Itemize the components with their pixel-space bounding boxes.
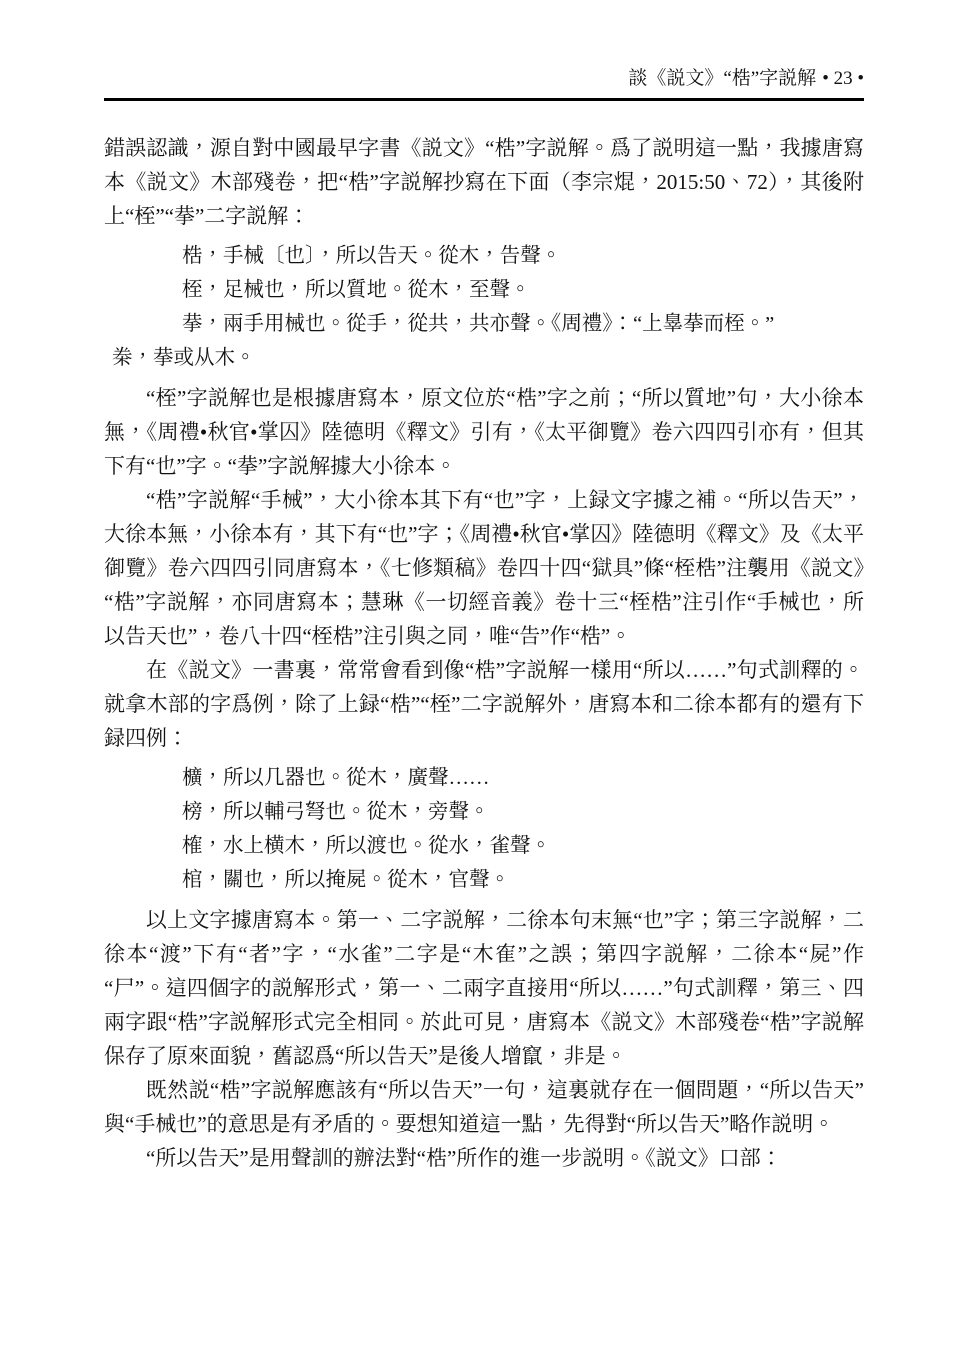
- quote-line: 榷，水上横木，所以渡也。從水，雀聲。: [112, 829, 864, 863]
- quote-line: 棺，關也，所以掩屍。從木，官聲。: [112, 863, 864, 897]
- page-number-label: • 23 •: [822, 68, 864, 89]
- paragraph-gu-note: “梏”字説解“手械”，大小徐本其下有“也”字，上録文字據之補。“所以告天”，大徐…: [104, 483, 864, 653]
- quote-line: 桎，足械也，所以質地。從木，至聲。: [112, 273, 864, 307]
- paragraph-contradiction: 既然説“梏”字説解應該有“所以告天”一句，這裏就存在一個問題，“所以告天”與“手…: [104, 1073, 864, 1141]
- quote-line: 拲，兩手用械也。從手，從共，共亦聲。《周禮》：“上辠拲而桎。”: [112, 307, 864, 341]
- header-rule: [104, 98, 864, 101]
- paragraph-comparison: 以上文字據唐寫本。第一、二字説解，二徐本句末無“也”字；第三字説解，二徐本“渡”…: [104, 903, 864, 1073]
- paragraph-shengxun: “所以告天”是用聲訓的辦法對“梏”所作的進一步説明。《説文》口部：: [104, 1141, 864, 1175]
- running-title: 談《説文》“梏”字説解: [628, 68, 816, 89]
- paragraph-intro: 錯誤認識，源自對中國最早字書《説文》“梏”字説解。爲了説明這一點，我據唐寫本《説…: [104, 131, 864, 233]
- quote-block-four-examples: 櫎，所以几器也。從木，廣聲…… 榜，所以輔弓弩也。從木，旁聲。 榷，水上横木，所…: [112, 761, 864, 897]
- quote-line: 梏，手械〔也〕，所以告天。從木，告聲。: [112, 239, 864, 273]
- quote-line: 櫎，所以几器也。從木，廣聲……: [112, 761, 864, 795]
- paragraph-suoyi-pattern: 在《説文》一書裏，常常會看到像“梏”字説解一樣用“所以……”句式訓釋的。就拿木部…: [104, 653, 864, 755]
- paragraph-zhi-note: “桎”字説解也是根據唐寫本，原文位於“梏”字之前；“所以質地”句，大小徐本無，《…: [104, 381, 864, 483]
- quote-line: 榜，所以輔弓弩也。從木，旁聲。: [112, 795, 864, 829]
- page-header: 談《説文》“梏”字説解• 23 •: [104, 64, 864, 94]
- article-body: 錯誤認識，源自對中國最早字書《説文》“梏”字説解。爲了説明這一點，我據唐寫本《説…: [104, 131, 864, 1175]
- document-page: 談《説文》“梏”字説解• 23 • 錯誤認識，源自對中國最早字書《説文》“梏”字…: [0, 0, 966, 1365]
- quote-block-shuowen-entries: 梏，手械〔也〕，所以告天。從木，告聲。 桎，足械也，所以質地。從木，至聲。 拲，…: [112, 239, 864, 375]
- quote-line-continuation: 桊，拲或从木。: [112, 341, 864, 375]
